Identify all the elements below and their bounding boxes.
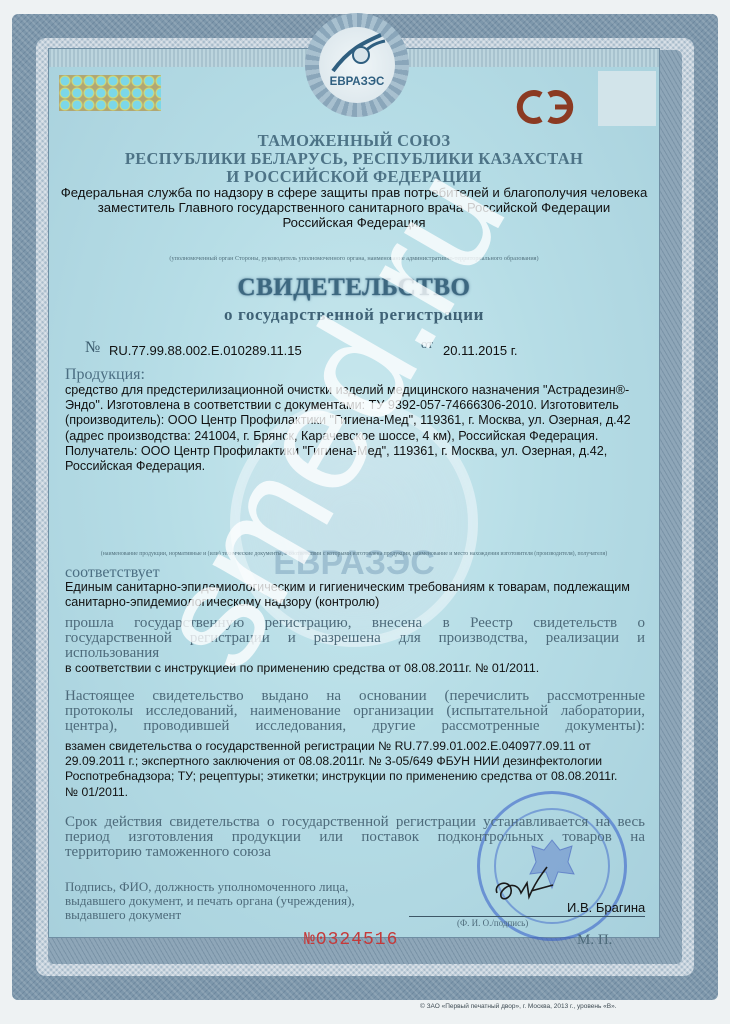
conformity-mark-icon [511, 87, 581, 127]
validity-statement: Срок действия свидетельства о государств… [65, 815, 645, 860]
usage-instruction: в соответствии с инструкцией по применен… [65, 661, 645, 676]
basis-statement: Настоящее свидетельство выдано на основа… [65, 689, 645, 734]
printer-footer: © ЗАО «Первый печатный двор», г. Москва,… [420, 1003, 617, 1010]
hologram-icon [59, 75, 161, 111]
number-label: № [85, 339, 100, 357]
emblem-label: ЕВРАЗЭС [319, 76, 395, 88]
signature-caption: Подпись, ФИО, должность уполномоченного … [65, 880, 365, 922]
product-label: Продукция: [65, 366, 145, 384]
evrazes-emblem-icon: ЕВРАЗЭС [305, 13, 409, 117]
qr-stamp-box [598, 71, 656, 126]
blank-serial-number: №0324516 [304, 930, 398, 950]
union-title-line-2: РЕСПУБЛИКИ БЕЛАРУСЬ, РЕСПУБЛИКИ КАЗАХСТА… [49, 149, 659, 169]
certificate-field: ЕВРАЗЭС ТАМОЖЕННЫЙ СОЮЗ РЕСПУБЛИКИ БЕЛАР… [48, 48, 660, 938]
union-title-line-3: И РОССИЙСКОЙ ФЕДЕРАЦИИ [49, 167, 659, 187]
authority-line-1: Федеральная служба по надзору в сфере за… [49, 185, 659, 200]
seal-place-label: М. П. [577, 932, 612, 949]
union-title-line-1: ТАМОЖЕННЫЙ СОЮЗ [49, 131, 659, 151]
signature-line [409, 916, 645, 917]
signature-line-caption: (Ф. И. О./подпись) [457, 918, 528, 928]
signature-icon [491, 863, 561, 909]
signatory-name: И.В. Брагина [567, 900, 645, 915]
product-caption: (наименование продукции, нормативные и (… [57, 551, 651, 557]
